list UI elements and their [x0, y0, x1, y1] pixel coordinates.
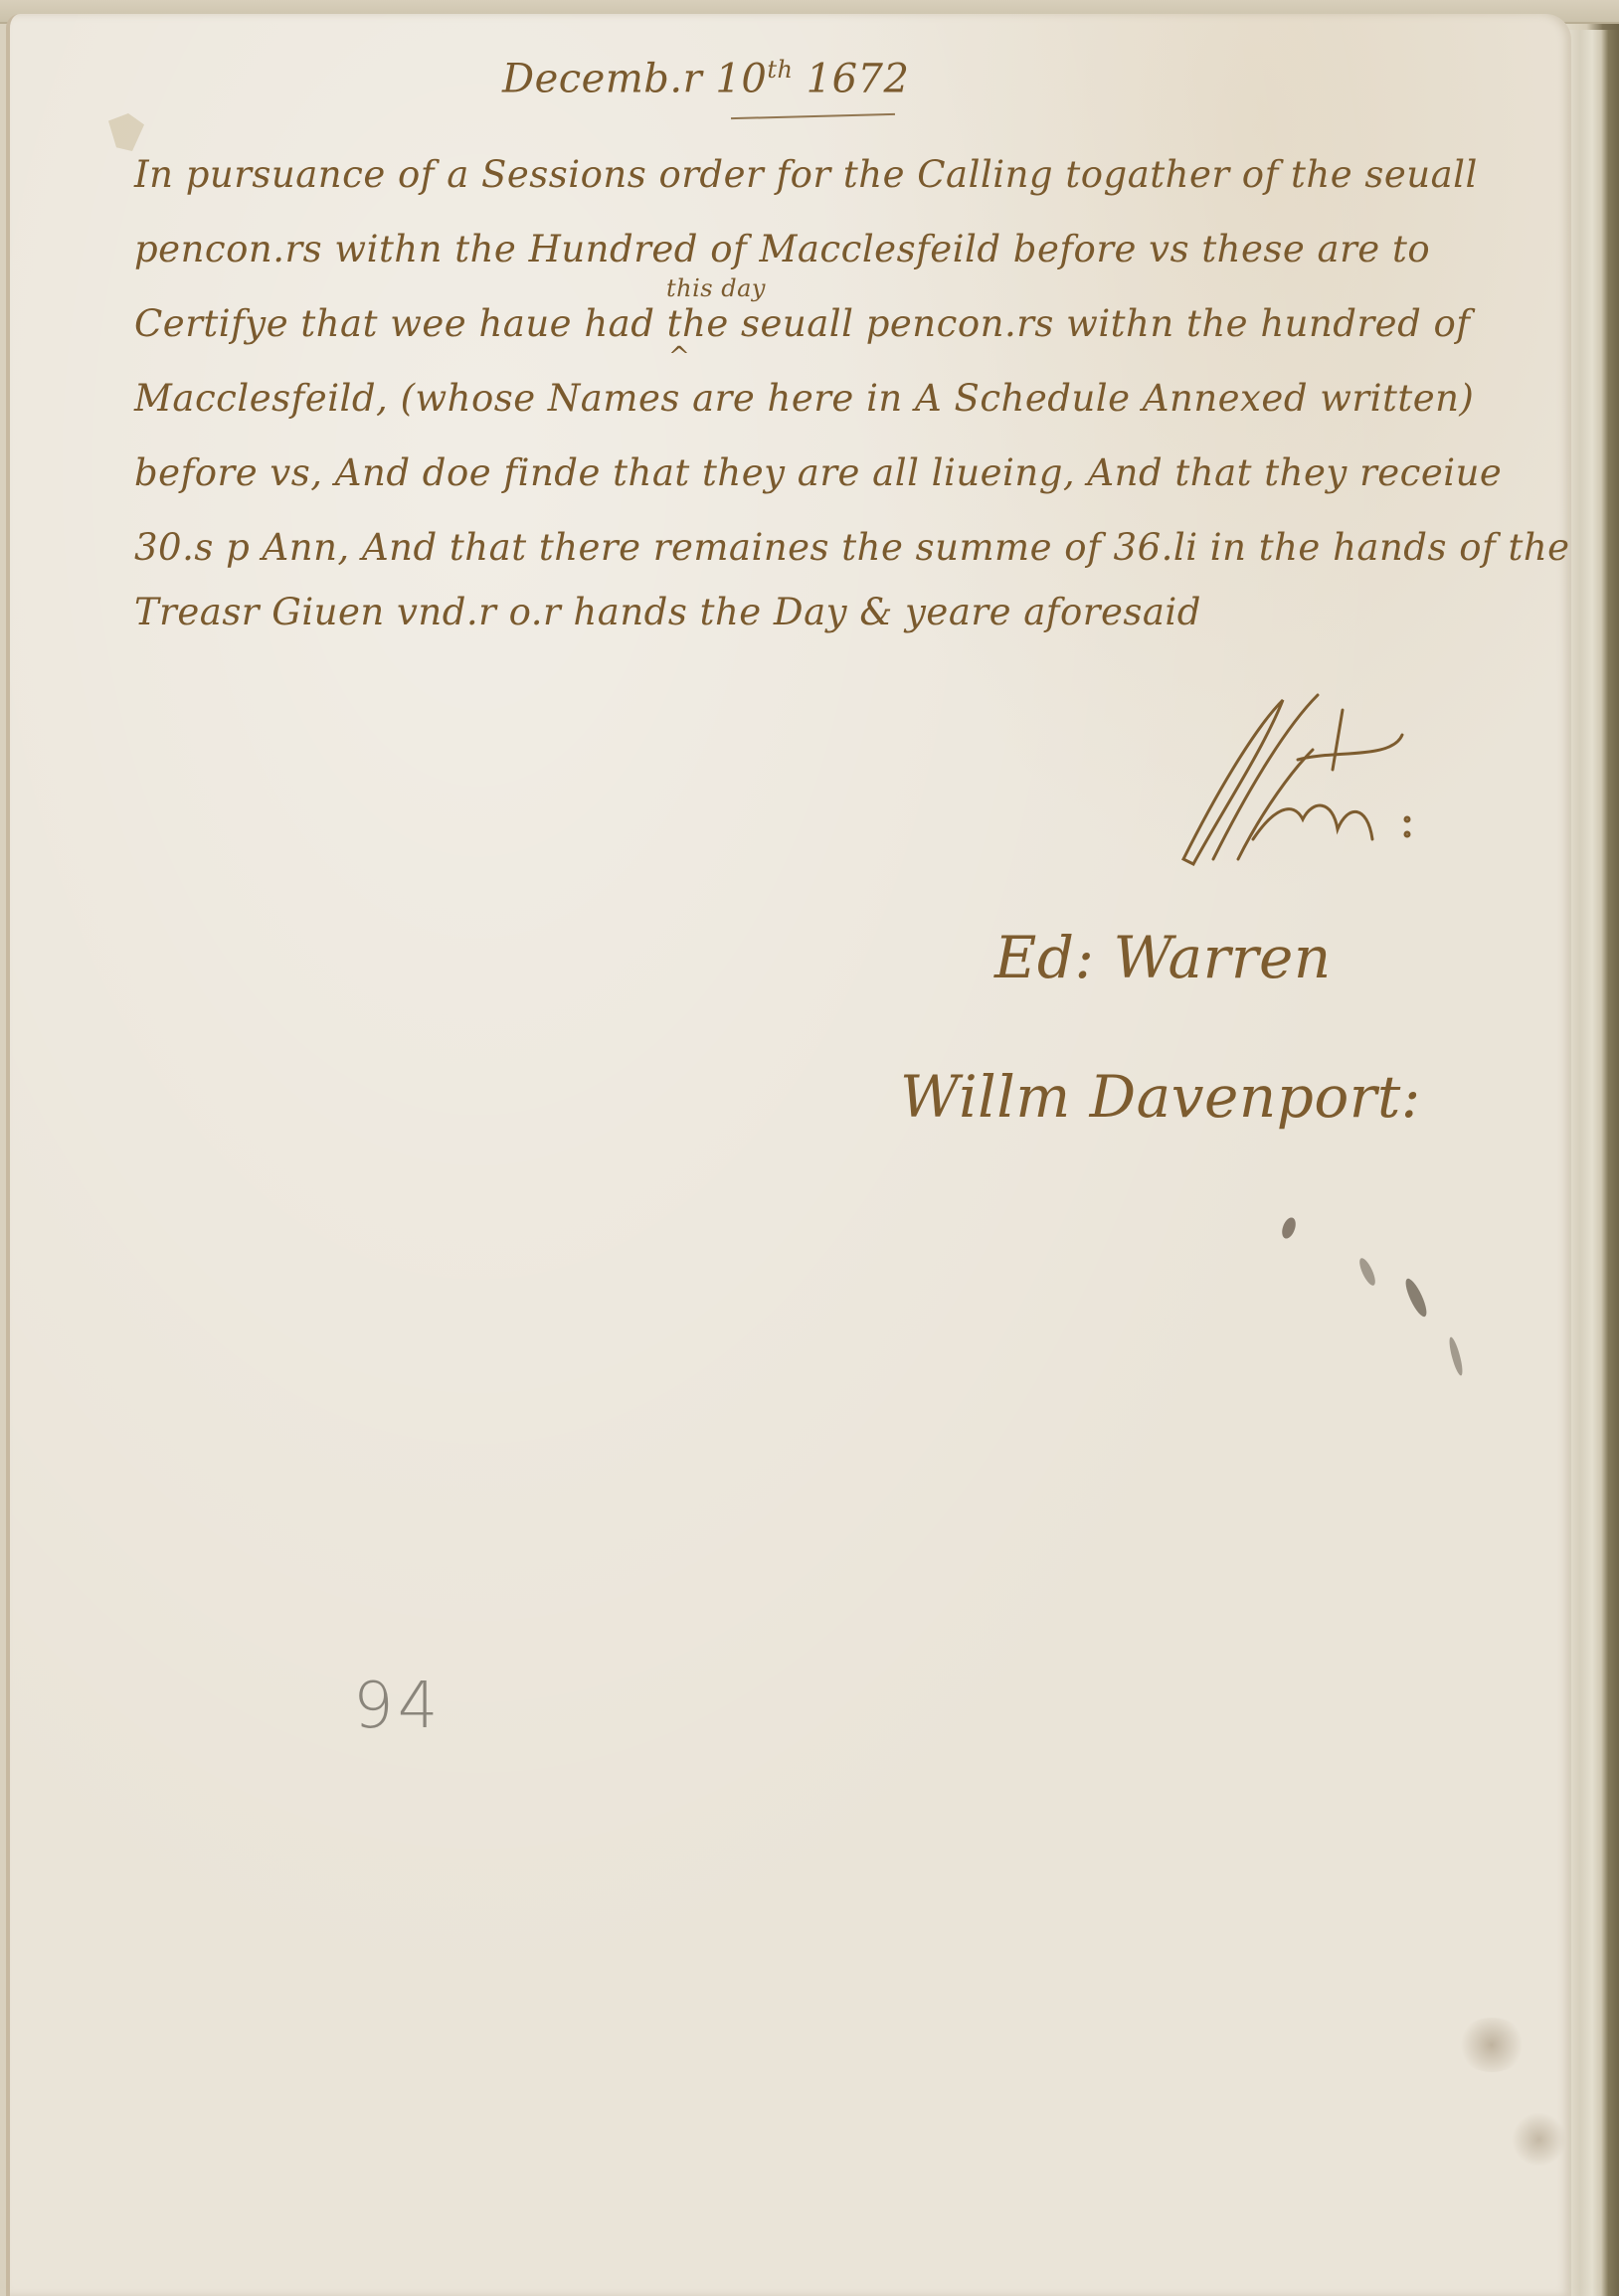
insertion-caret: ^ [668, 342, 690, 372]
date-underline [731, 113, 895, 119]
body-line-1: In pursuance of a Sessions order for the… [134, 153, 1478, 196]
date-month-day: Decemb.r 10 [502, 56, 767, 101]
interlinear-insertion: this day [666, 274, 766, 302]
body-line-5: before vs, And doe finde that they are a… [134, 451, 1502, 494]
signature-davenport: Willm Davenport: [900, 1063, 1421, 1131]
body-line-3: Certifye that wee haue had the seuall pe… [134, 302, 1471, 345]
date-year: 1672 [807, 56, 910, 101]
ink-smudge [1447, 1336, 1465, 1377]
body-line-4: Macclesfeild, (whose Names are here in A… [134, 377, 1474, 420]
manuscript-scan: Decemb.r 10th 1672 In pursuance of a Ses… [0, 0, 1619, 2296]
ink-smudge [1402, 1276, 1431, 1319]
body-line-6: 30.s p Ann, And that there remaines the … [134, 526, 1570, 569]
manuscript-leaf: Decemb.r 10th 1672 In pursuance of a Ses… [6, 14, 1571, 2296]
folio-number: 94 [353, 1670, 442, 1743]
date-heading: Decemb.r 10th 1672 [502, 56, 909, 101]
foxing-spot [1457, 2018, 1527, 2072]
signature-flourish-icon [1144, 690, 1442, 889]
ink-smudge [1280, 1216, 1299, 1241]
signature-warren: Ed: Warren [994, 924, 1332, 991]
ink-smudge [1356, 1256, 1378, 1287]
date-superscript: th [767, 56, 793, 84]
body-line-2: pencon.rs withn the Hundred of Macclesfe… [134, 228, 1430, 270]
foxing-spot [1512, 2112, 1566, 2167]
body-line-7: Treasr Giuen vnd.r o.r hands the Day & y… [134, 591, 1201, 633]
paper-stain [104, 113, 144, 151]
